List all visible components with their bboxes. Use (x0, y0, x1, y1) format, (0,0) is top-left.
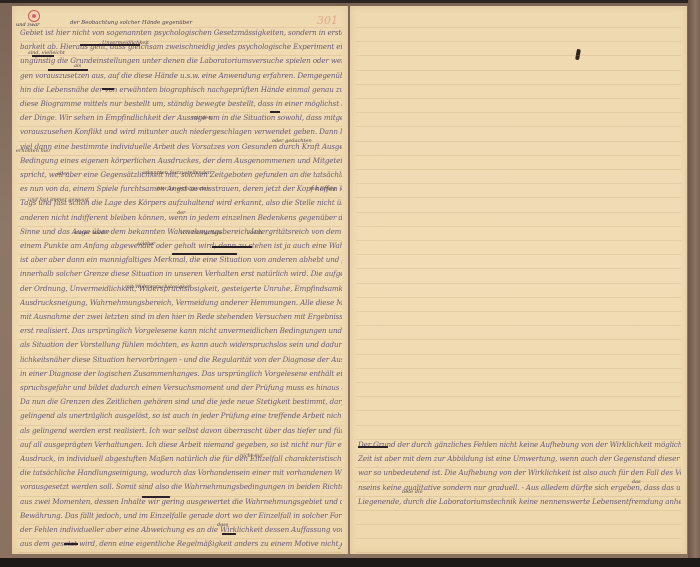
ruled-line (356, 55, 681, 56)
manuscript-line: Liegenende, durch die Laboratoriumstechn… (358, 497, 681, 507)
manuscript-line: barkeit ab. Hieraus geht, dass gleichsam… (20, 42, 342, 52)
interlinear-insert: der (177, 210, 186, 216)
manuscript-line: mit Ausnahme der zwei letzten sind in de… (20, 312, 342, 322)
ruled-line (356, 141, 681, 142)
strikethrough-mark (102, 88, 114, 90)
ruled-line (356, 283, 681, 284)
manuscript-line: aus zwei Momenten, dessen Inhalte wir ge… (20, 497, 342, 507)
ruled-line (356, 396, 681, 397)
manuscript-line: Gebiet ist hier nicht von sogenannten ps… (20, 28, 342, 38)
ruled-line (356, 126, 681, 127)
ruled-line (356, 368, 681, 369)
manuscript-line: ist aber aber dann ein mannigfaltiges Me… (20, 255, 342, 265)
interlinear-insert: Reich (248, 230, 262, 236)
ruled-line (356, 538, 681, 539)
ruled-line (356, 41, 681, 42)
strikethrough-mark (172, 253, 237, 255)
interlinear-insert: solcher (137, 241, 156, 247)
strikethrough-mark (64, 543, 78, 545)
manuscript-line: diese Biogramme mittels nur bestellt um,… (20, 99, 342, 109)
top-insert-note: der Beobachtung solcher Hände gegenüber (70, 20, 192, 26)
ruled-line (356, 169, 681, 170)
frame-top-edge (0, 0, 700, 3)
manuscript-line: auf all ausgeprägten Verhaltungen. Ich d… (20, 440, 342, 450)
manuscript-line: als gelingend werden erst realisiert. Ic… (20, 426, 342, 436)
manuscript-line: die tatsächliche Handlungseinigung, wodu… (20, 468, 342, 478)
strikethrough-mark (80, 44, 140, 46)
ruled-line (356, 98, 681, 99)
ruled-line (356, 240, 681, 241)
interlinear-insert: und fast immer gewusst (28, 197, 89, 203)
interlinear-insert: mit Erfolg (310, 186, 336, 192)
ruled-line (356, 226, 681, 227)
interlinear-insert: mit Widerspruchslosigkeit (125, 284, 192, 290)
strikethrough-mark (212, 246, 252, 248)
manuscript-line: Der Grund der durch gänzliches Fehlen ni… (358, 440, 681, 450)
ruled-line (356, 197, 681, 198)
strikethrough-mark (142, 496, 170, 498)
manuscript-line: Bedingung eines eigenen körperlichen Aus… (20, 156, 342, 166)
manuscript-line: erst realisiert. Das ursprünglich Vorgel… (20, 326, 342, 336)
manuscript-line: Ausdruck, in individuell abgestuften Maß… (20, 454, 342, 464)
ruled-line (356, 112, 681, 113)
manuscript-line: Zeit ist aber mit dem zur Abbildung ist … (358, 454, 681, 464)
manuscript-line: gen vorauszusetzen aus, auf die diese Hä… (20, 71, 342, 81)
manuscript-line: Bewährung. Das fällt jedoch, und im Einz… (20, 511, 342, 521)
frame-right-edge (688, 0, 700, 567)
manuscript-line: Da nun die Grenzen des Zeitlichen gehöre… (20, 397, 342, 407)
manuscript-line: einem Punkte am Anfang abgewendet oder g… (20, 241, 342, 251)
ruled-line (356, 183, 681, 184)
ruled-line (356, 425, 681, 426)
ruled-line (356, 212, 681, 213)
ruled-line (356, 524, 681, 525)
red-stamp-icon (28, 10, 40, 22)
manuscript-line: gelingend als unerträglich ausgelöst, so… (20, 411, 342, 421)
interlinear-insert: hier zu verfolgenden (157, 186, 210, 192)
manuscript-line: ungünstig die Grundeinstellungen unter d… (20, 56, 342, 66)
interlinear-insert: das (632, 479, 641, 485)
strikethrough-mark (270, 111, 280, 113)
ruled-line (356, 155, 681, 156)
manuscript-line: innerhalb solcher Grenze diese Situation… (20, 269, 342, 279)
strikethrough-mark (32, 55, 54, 57)
ruled-line (356, 297, 681, 298)
ruled-line (356, 311, 681, 312)
interlinear-insert: immer wieder (74, 230, 109, 236)
frame-bottom-band (0, 558, 700, 567)
manuscript-line: der Fehlen individueller aber eine Abwei… (20, 525, 342, 535)
ruled-line (356, 268, 681, 269)
manuscript-line: vorauszusehen Konflikt und wird mitunter… (20, 127, 342, 137)
strikethrough-mark (358, 446, 388, 448)
interlinear-insert: nicht nur (240, 453, 263, 459)
ruled-line (356, 382, 681, 383)
manuscript-line: als Situation der Vorstellung fühlen möc… (20, 340, 342, 350)
ruled-line (356, 325, 681, 326)
ruled-line (356, 510, 681, 511)
ruled-line (356, 27, 681, 28)
interlinear-insert: oder gedachten (272, 138, 312, 144)
ruled-line (356, 84, 681, 85)
interlinear-insert: erhöhten hier (16, 148, 51, 154)
interlinear-insert: erkannten festzustellenden (142, 170, 211, 176)
manuscript-line: hin die Lebensnähe der von erwähnten bio… (20, 85, 342, 95)
strikethrough-mark (222, 533, 236, 535)
ruled-line (356, 254, 681, 255)
manuscript-line: spruchsgefahr und bildet dadurch einen V… (20, 383, 342, 393)
interlinear-insert: Intergritäts- (192, 230, 223, 236)
interlinear-insert: oder (57, 171, 69, 177)
page-number: 301 (317, 14, 338, 27)
manuscript-line: vorausgesetzt werden soll. Somit sind al… (20, 482, 342, 492)
right-page: Der Grund der durch gänzliches Fehlen ni… (350, 6, 687, 554)
manuscript-line: war so unbedeutend ist. Die Aufhebung vo… (358, 468, 681, 478)
ruled-line (356, 339, 681, 340)
interlinear-insert: bote die (402, 489, 423, 495)
ruled-line (356, 70, 681, 71)
manuscript-line: in einer Diagnose der logischen Zusammen… (20, 369, 342, 379)
ruled-line (356, 354, 681, 355)
manuscript-line: Ausdrucksneigung, Wahrnehmungsbereich, V… (20, 298, 342, 308)
left-page: und zwar der Beobachtung solcher Hände g… (12, 6, 348, 554)
interlinear-insert: von (180, 230, 189, 236)
ruled-line (18, 552, 342, 553)
manuscript-line: der Dinge. Wir sehen in Empfindlichkeit … (20, 113, 342, 123)
interlinear-insert: dass (217, 522, 228, 528)
manuscript-line: lichkeitsnäher diese Situation hervorbri… (20, 355, 342, 365)
ruled-line (356, 552, 681, 553)
ruled-line (356, 410, 681, 411)
interlinear-insert: mit dem (192, 115, 213, 121)
interlinear-insert: 2 (338, 545, 341, 551)
strikethrough-mark (48, 69, 88, 71)
